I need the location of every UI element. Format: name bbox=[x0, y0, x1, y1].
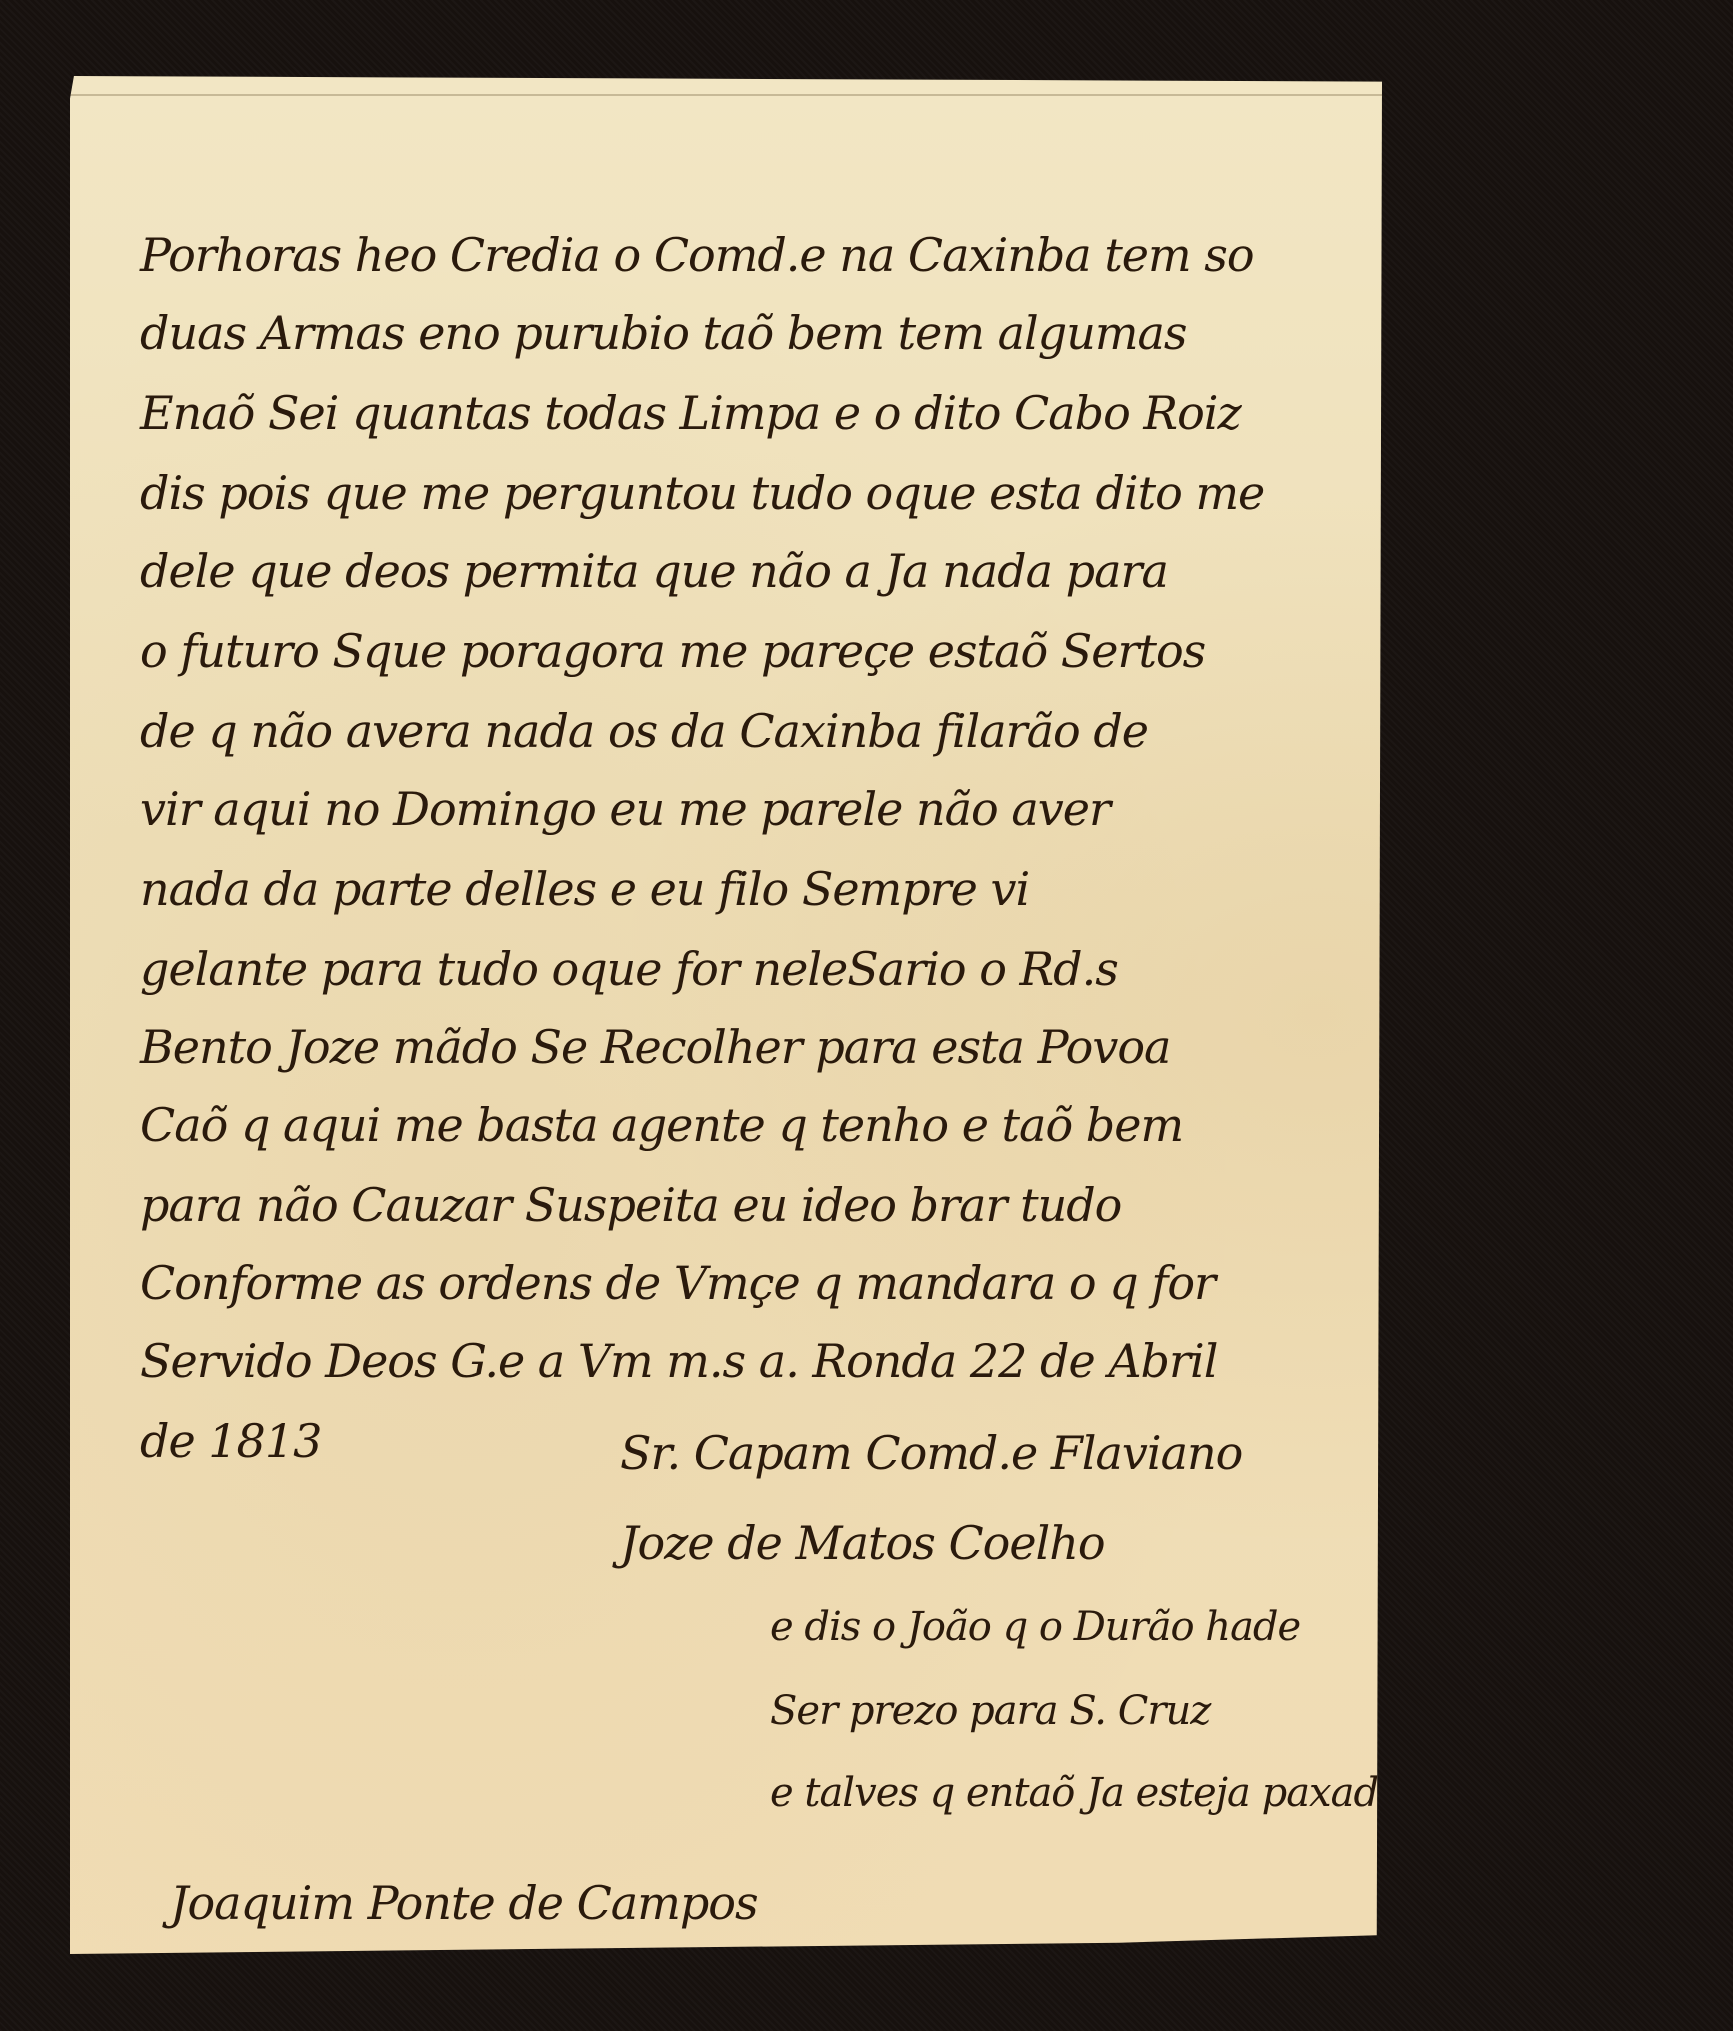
body-line: de 1813 bbox=[140, 1414, 321, 1468]
body-line: dis pois que me perguntou tudo oque esta… bbox=[140, 466, 1264, 520]
body-line: de q não avera nada os da Caxinba filarã… bbox=[140, 704, 1148, 758]
body-line: duas Armas eno purubio taõ bem tem algum… bbox=[140, 306, 1186, 360]
body-line: gelante para tudo oque for neleSario o R… bbox=[140, 942, 1118, 996]
addressee-line: Sr. Capam Comd.e Flaviano bbox=[620, 1426, 1242, 1480]
body-line: Porhoras heo Credia o Comd.e na Caxinba … bbox=[140, 228, 1254, 282]
postscript-line: Ser prezo para S. Cruz bbox=[770, 1688, 1210, 1734]
body-line: vir aqui no Domingo eu me parele não ave… bbox=[140, 782, 1110, 836]
manuscript-page: Porhoras heo Credia o Comd.e na Caxinba … bbox=[70, 76, 1382, 1954]
postscript-line: e talves q entaõ Ja esteja paxado bbox=[770, 1770, 1401, 1816]
body-line: dele que deos permita que não a Ja nada … bbox=[140, 544, 1168, 598]
body-line: o futuro Sque poragora me pareçe estaõ S… bbox=[140, 624, 1205, 678]
body-line: Conforme as ordens de Vmçe q mandara o q… bbox=[140, 1256, 1215, 1310]
body-line: para não Cauzar Suspeita eu ideo brar tu… bbox=[140, 1178, 1121, 1232]
body-line: Caõ q aqui me basta agente q tenho e taõ… bbox=[140, 1098, 1183, 1152]
body-line: nada da parte delles e eu filo Sempre vi bbox=[140, 862, 1029, 916]
addressee-line: Joze de Matos Coelho bbox=[620, 1516, 1105, 1570]
body-line: Bento Joze mãdo Se Recolher para esta Po… bbox=[140, 1020, 1170, 1074]
paper-fold-line bbox=[70, 94, 1382, 96]
body-line: Servido Deos G.e a Vm m.s a. Ronda 22 de… bbox=[140, 1334, 1217, 1388]
postscript-line: e dis o João q o Durão hade bbox=[770, 1604, 1300, 1650]
body-line: Enaõ Sei quantas todas Limpa e o dito Ca… bbox=[140, 386, 1241, 440]
signature: Joaquim Ponte de Campos bbox=[170, 1876, 758, 1930]
